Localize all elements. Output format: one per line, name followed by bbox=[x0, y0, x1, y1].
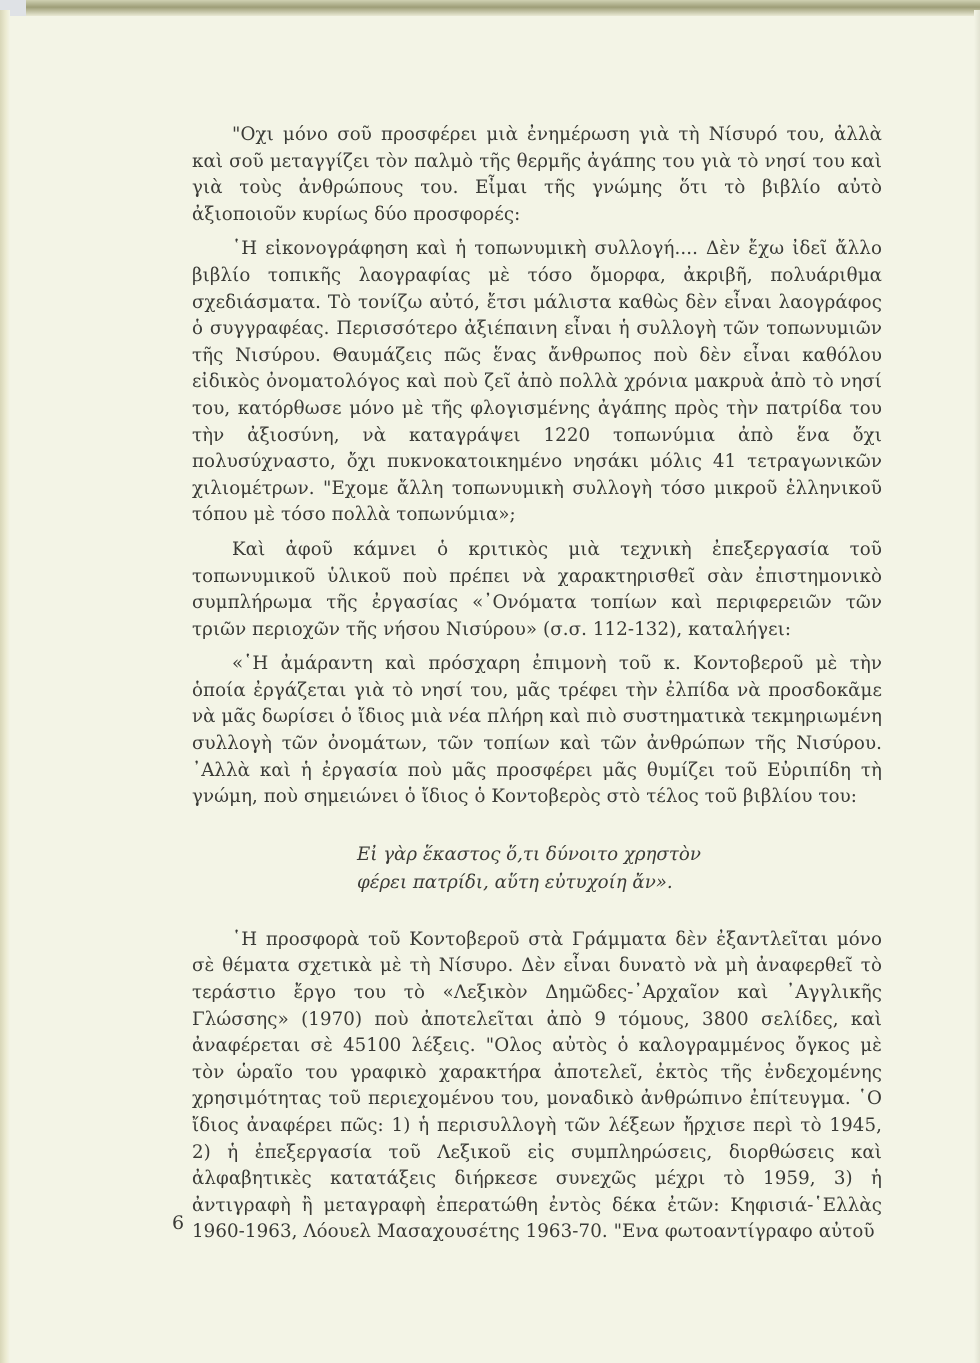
page-body: "Οχι μόνο σοῦ προσφέρει μιὰ ἐνημέρωση γι… bbox=[192, 122, 882, 1246]
scan-top-edge bbox=[0, 0, 980, 16]
paragraph-quote-kontoveros: «῾Η ἀμάραντη καὶ πρόσχαρη ἐπιμονὴ τοῦ κ.… bbox=[192, 651, 882, 811]
scan-left-edge bbox=[0, 10, 10, 1363]
paragraph-illustration-toponyms: ῾Η εἰκονογράφηση καὶ ἡ τοπωνυμικὴ συλλογ… bbox=[192, 236, 882, 529]
paragraph-dictionary: ῾Η προσφορὰ τοῦ Κοντοβεροῦ στὰ Γράμματα … bbox=[192, 927, 882, 1246]
euripides-quote: Εἰ γὰρ ἕκαστος ὅ,τι δύνοιτο χρηστὸν φέρε… bbox=[192, 841, 882, 897]
paragraph-critic-conclusion: Καὶ ἀφοῦ κάμνει ὁ κριτικὸς μιὰ τεχνικὴ ἐ… bbox=[192, 537, 882, 643]
scan-right-edge bbox=[974, 10, 980, 1363]
page-number: 6 bbox=[172, 1212, 184, 1234]
verse-line-1: Εἰ γὰρ ἕκαστος ὅ,τι δύνοιτο χρηστὸν bbox=[357, 841, 882, 869]
verse-line-2: φέρει πατρίδι, αὕτη εὐτυχοίη ἄν». bbox=[357, 869, 882, 897]
paragraph-review-intro: "Οχι μόνο σοῦ προσφέρει μιὰ ἐνημέρωση γι… bbox=[192, 122, 882, 228]
